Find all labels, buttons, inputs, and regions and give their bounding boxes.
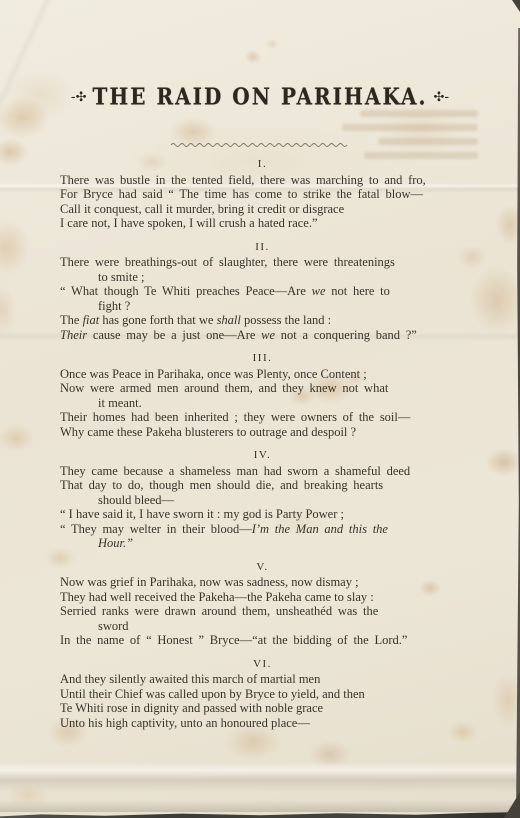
poem-line: Call it conquest, call it murder, bring … bbox=[60, 202, 465, 217]
stanza: V.Now was grief in Parihaka, now was sad… bbox=[60, 560, 465, 648]
poem-line: Now were armed men around them, and they… bbox=[60, 381, 465, 396]
poem-line: “ They may welter in their blood—I’m the… bbox=[60, 522, 465, 537]
poem-line: For Bryce had said “ The time has come t… bbox=[60, 187, 465, 202]
poem-line: “ What though Te Whiti preaches Peace—Ar… bbox=[60, 284, 465, 299]
stanza: VI.And they silently awaited this march … bbox=[60, 657, 465, 731]
poem-line: Unto his high captivity, unto an honoure… bbox=[60, 716, 465, 731]
wavy-rule-icon bbox=[170, 141, 350, 149]
stanza: I.There was bustle in the tented field, … bbox=[60, 157, 465, 231]
page-title: -✣THE RAID ON PARIHAKA.✣- bbox=[0, 84, 520, 108]
poem-line: “ I have said it, I have sworn it : my g… bbox=[60, 507, 465, 522]
poem-line: Why came these Pakeha blusterers to outr… bbox=[60, 425, 465, 440]
poem-line: Hour.” bbox=[98, 536, 465, 551]
stanza-numeral: III. bbox=[60, 351, 465, 366]
poem-line: They came because a shameless man had sw… bbox=[60, 464, 465, 479]
poem-line: Their homes had been inherited ; they we… bbox=[60, 410, 465, 425]
poem-line: Once was Peace in Parihaka, once was Ple… bbox=[60, 367, 465, 382]
poem-line: That day to do, though men should die, a… bbox=[60, 478, 465, 493]
poem-line: Serried ranks were drawn around them, un… bbox=[60, 604, 465, 619]
stanza-numeral: V. bbox=[60, 560, 465, 575]
poem-line: fight ? bbox=[98, 299, 465, 314]
stanza-numeral: IV. bbox=[60, 448, 465, 463]
stanza-numeral: II. bbox=[60, 240, 465, 255]
poem-line: The fiat has gone forth that we shall po… bbox=[60, 313, 465, 328]
poem-line: it meant. bbox=[98, 396, 465, 411]
stanza: III.Once was Peace in Parihaka, once was… bbox=[60, 351, 465, 439]
poem-line: should bleed— bbox=[98, 493, 465, 508]
decorative-wavy-rule bbox=[0, 136, 520, 154]
left-fleuron-icon: -✣ bbox=[65, 90, 93, 105]
poem-line: sword bbox=[98, 619, 465, 634]
poem-line: Now was grief in Parihaka, now was sadne… bbox=[60, 575, 465, 590]
right-fleuron-icon: ✣- bbox=[428, 90, 456, 105]
poem-line: I care not, I have spoken, I will crush … bbox=[60, 216, 465, 231]
page-title-text: THE RAID ON PARIHAKA. bbox=[93, 82, 428, 110]
paper-bottom-edge-shadow bbox=[0, 800, 520, 812]
paper-page: -✣THE RAID ON PARIHAKA.✣- I.There was bu… bbox=[0, 0, 520, 818]
stanza-numeral: I. bbox=[60, 157, 465, 172]
stanza: II.There were breathings-out of slaughte… bbox=[60, 240, 465, 343]
poem-line: And they silently awaited this march of … bbox=[60, 672, 465, 687]
poem-line: Te Whiti rose in dignity and passed with… bbox=[60, 701, 465, 716]
stanza-numeral: VI. bbox=[60, 657, 465, 672]
scan-corner-top-right bbox=[510, 0, 520, 12]
poem-line: In the name of “ Honest ” Bryce—“at the … bbox=[60, 633, 465, 648]
poem-line: There was bustle in the tented field, th… bbox=[60, 173, 465, 188]
poem-line: There were breathings-out of slaughter, … bbox=[60, 255, 465, 270]
poem-line: They had well received the Pakeha—the Pa… bbox=[60, 590, 465, 605]
poem-body: I.There was bustle in the tented field, … bbox=[60, 157, 465, 739]
poem-line: to smite ; bbox=[98, 270, 465, 285]
poem-line: Their cause may be a just one—Are we not… bbox=[60, 328, 465, 343]
poem-line: Until their Chief was called upon by Bry… bbox=[60, 687, 465, 702]
stanza: IV.They came because a shameless man had… bbox=[60, 448, 465, 551]
